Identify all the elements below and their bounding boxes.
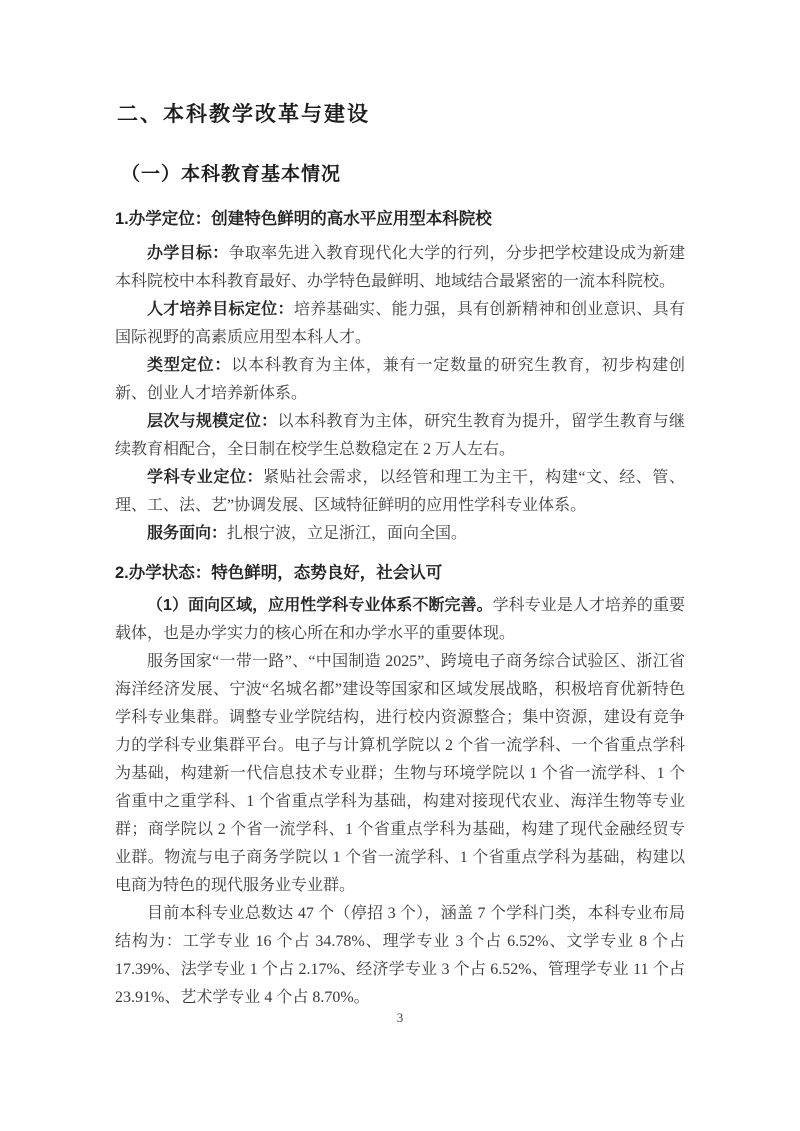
paragraph-discipline-position: 学科专业定位：紧贴社会需求，以经管和理工为主干，构建“文、经、管、理、工、法、艺… <box>115 464 685 520</box>
paragraph-type-position: 类型定位：以本科教育为主体，兼有一定数量的研究生教育，初步构建创新、创业人才培养… <box>115 352 685 408</box>
paragraph-text: 目前本科专业总数达 47 个（停招 3 个），涵盖 7 个学科门类，本科专业布局… <box>115 905 685 1006</box>
paragraph-lead: 办学目标： <box>147 245 229 262</box>
paragraph-school-goal: 办学目标：争取率先进入教育现代化大学的行列，分步把学校建设成为新建本科院校中本科… <box>115 240 685 296</box>
document-page: 二、本科教学改革与建设 （一）本科教育基本情况 1.办学定位：创建特色鲜明的高水… <box>0 0 800 1131</box>
paragraph-talent-goal: 人才培养目标定位：培养基础实、能力强，具有创新精神和创业意识、具有国际视野的高素… <box>115 296 685 352</box>
paragraph-lead: 层次与规模定位： <box>147 413 278 430</box>
paragraph-lead: 学科专业定位： <box>147 469 263 486</box>
main-heading: 二、本科教学改革与建设 <box>117 100 685 130</box>
subsection-1-heading: 1.办学定位：创建特色鲜明的高水平应用型本科院校 <box>115 206 685 232</box>
section-heading: （一）本科教育基本情况 <box>121 160 685 190</box>
paragraph-region-oriented: （1）面向区域，应用性学科专业体系不断完善。学科专业是人才培养的重要载体，也是办… <box>115 592 685 648</box>
paragraph-text: 服务国家“一带一路”、“中国制造 2025”、跨境电子商务综合试验区、浙江省海洋… <box>115 653 685 894</box>
paragraph-lead: 类型定位： <box>147 357 231 374</box>
page-number: 3 <box>0 1010 800 1026</box>
subsection-2-heading: 2.办学状态：特色鲜明，态势良好，社会认可 <box>115 560 685 586</box>
paragraph-national-strategy: 服务国家“一带一路”、“中国制造 2025”、跨境电子商务综合试验区、浙江省海洋… <box>115 648 685 900</box>
paragraph-service-orientation: 服务面向：扎根宁波，立足浙江，面向全国。 <box>115 520 685 548</box>
paragraph-lead: （1）面向区域，应用性学科专业体系不断完善。 <box>147 597 493 614</box>
paragraph-text: 扎根宁波，立足浙江，面向全国。 <box>227 525 467 542</box>
paragraph-lead: 服务面向： <box>147 525 227 542</box>
paragraph-lead: 人才培养目标定位： <box>147 301 294 318</box>
paragraph-level-scale: 层次与规模定位：以本科教育为主体，研究生教育为提升，留学生教育与继续教育相配合，… <box>115 408 685 464</box>
paragraph-major-statistics: 目前本科专业总数达 47 个（停招 3 个），涵盖 7 个学科门类，本科专业布局… <box>115 900 685 1012</box>
